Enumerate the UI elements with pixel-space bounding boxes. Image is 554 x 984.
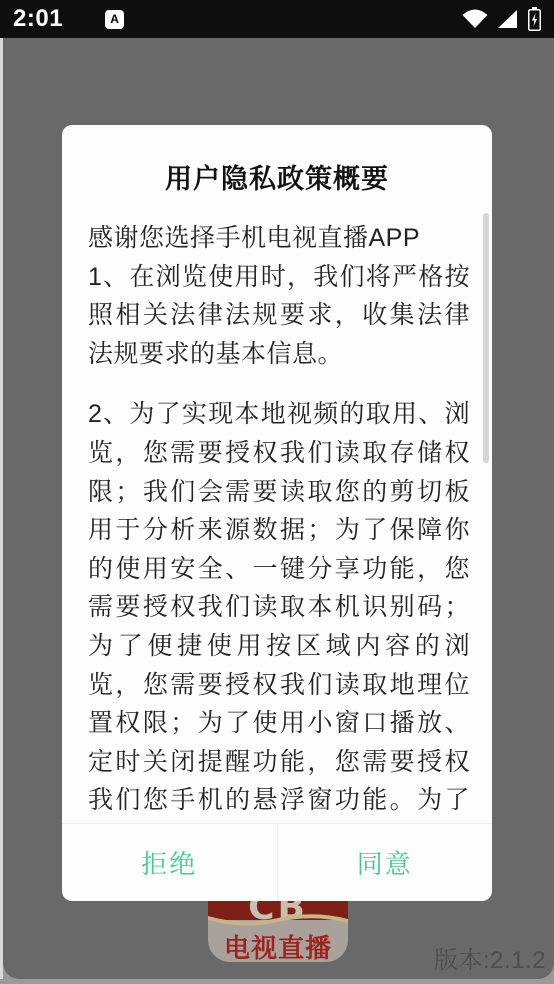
phone-screen: 2:01 A: [0, 0, 554, 984]
cellular-signal-icon: [497, 9, 519, 29]
policy-paragraph-1: 1、在浏览使用时，我们将严格按照相关法律法规要求，收集法律法规要求的基本信息。: [88, 258, 470, 374]
version-label: 版本:2.1.2: [434, 940, 546, 975]
policy-paragraph-2: 2、为了实现本地视频的取用、浏览，您需要授权我们读取存储权限；我们会需要读取您的…: [88, 395, 470, 822]
app-logo-text: 电视直播: [208, 928, 348, 962]
wifi-icon: [462, 9, 488, 29]
notification-app-icon: A: [105, 10, 124, 29]
battery-charging-icon: [528, 7, 541, 31]
status-time: 2:01: [13, 5, 63, 33]
reject-button[interactable]: 拒绝: [62, 824, 278, 901]
agree-button[interactable]: 同意: [278, 824, 493, 901]
logo-wave-icon: [208, 910, 348, 928]
dialog-scrollbar[interactable]: [483, 213, 489, 463]
dialog-title: 用户隐私政策概要: [62, 157, 492, 196]
status-bar: 2:01 A: [0, 0, 554, 38]
dialog-button-bar: 拒绝 同意: [62, 823, 492, 901]
dialog-body-text[interactable]: 感谢您选择手机电视直播APP 1、在浏览使用时，我们将严格按照相关法律法规要求，…: [62, 219, 492, 822]
privacy-policy-dialog: 用户隐私政策概要 感谢您选择手机电视直播APP 1、在浏览使用时，我们将严格按照…: [62, 125, 492, 901]
policy-intro-line: 感谢您选择手机电视直播APP: [88, 219, 470, 258]
